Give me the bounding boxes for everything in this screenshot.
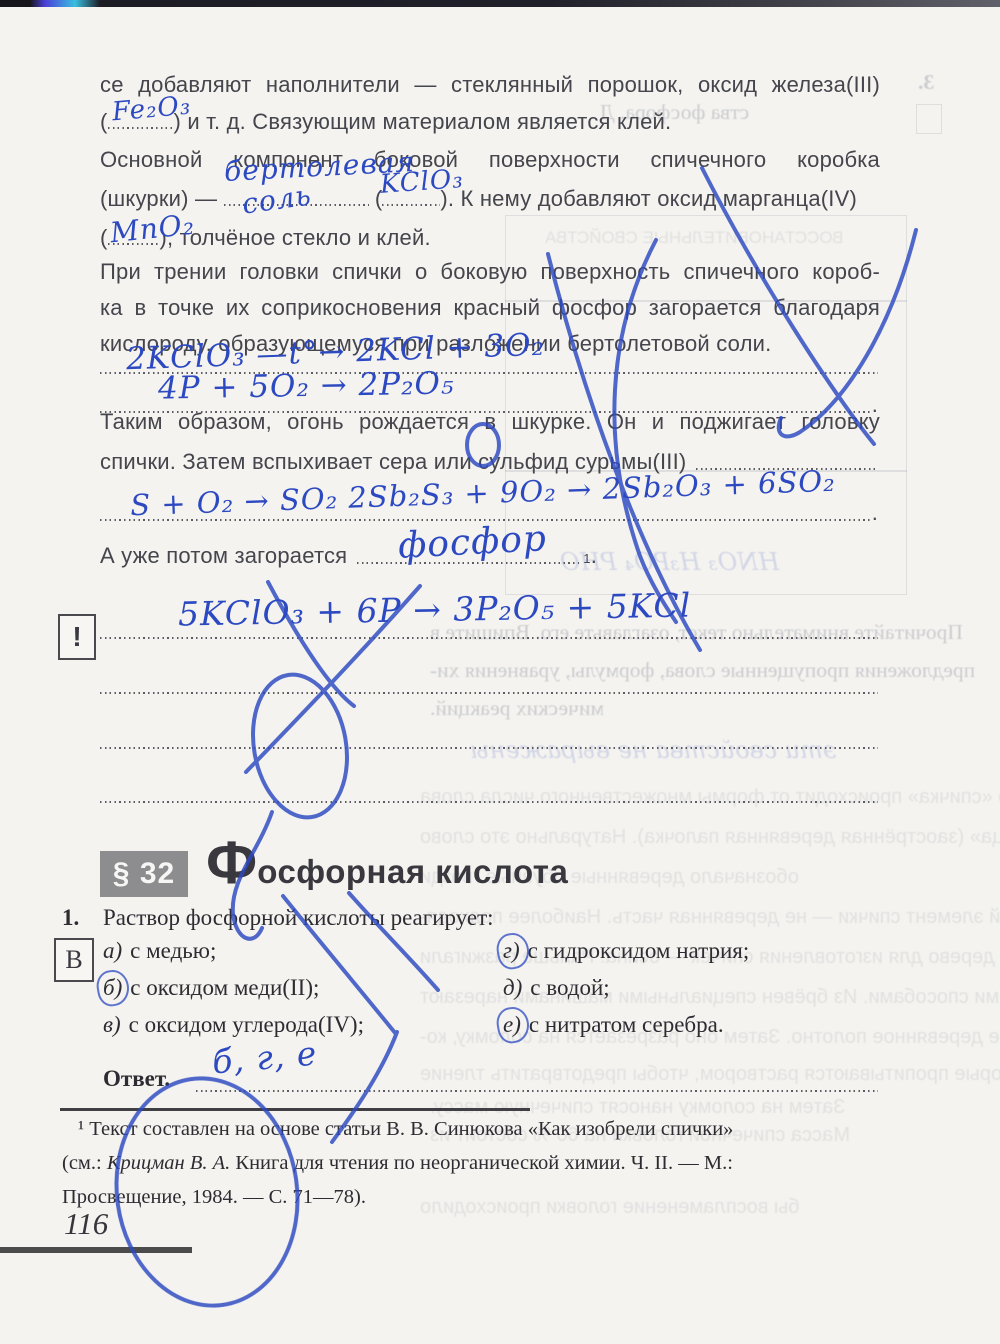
pen-stroke — [246, 586, 420, 772]
scanned-workbook-page: { "colors": { "ink_blue": "#2c49c2", "pa… — [0, 0, 1000, 1344]
pen-stroke — [332, 1032, 397, 1142]
pen-doodles-overlay — [0, 0, 1000, 1344]
pen-oval — [102, 1067, 312, 1318]
pen-stroke — [614, 240, 676, 622]
pen-stroke — [548, 254, 700, 650]
pen-stroke — [702, 168, 874, 444]
pen-stroke — [349, 893, 438, 990]
pen-stroke — [233, 812, 272, 939]
pen-circle — [467, 424, 499, 466]
pen-stroke — [268, 582, 354, 706]
pen-stroke — [283, 896, 396, 1034]
